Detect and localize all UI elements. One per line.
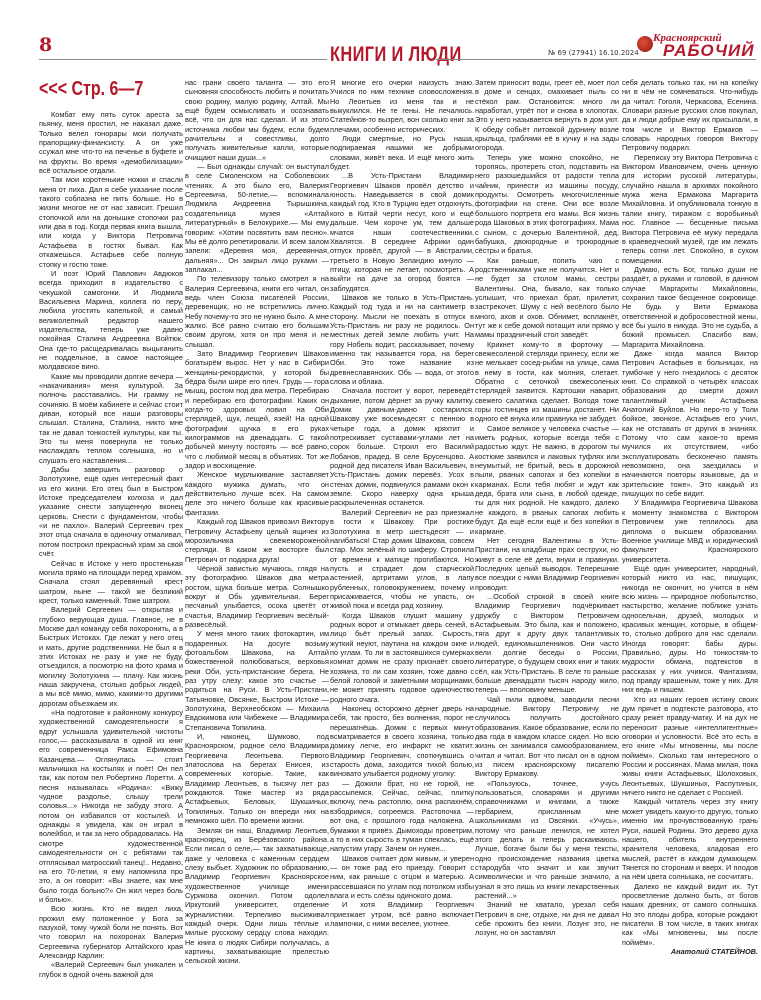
paragraph: Ещё один университет, народный, который …: [622, 564, 758, 695]
paragraph: Всю жизнь. Кто не видел лиха, прожил ему…: [39, 904, 183, 960]
paragraph: Как раньше, попить чаю с родственниками …: [475, 256, 619, 340]
section-title: КНИГИ И ЛЮДИ: [330, 43, 462, 67]
paragraph: У Владимира Георгиевича Швакова к момент…: [622, 498, 758, 563]
paragraph: Сначала постоит у ворот, переведёт дыхан…: [330, 386, 474, 507]
article-column-4: Затем приносит воды, греет её, моет пол …: [475, 78, 619, 938]
paragraph: Сейчас в Истоке у него простенькая могил…: [39, 559, 183, 606]
paragraph: Земляк он наш, Владимир Леонтьев, красно…: [185, 826, 329, 966]
article-column-3: Я многие его очерки наизусть знаю. Училс…: [330, 78, 474, 928]
paragraph: Шваков же только в Усть-Пристань. Каждый…: [330, 293, 474, 386]
page-header: 8 КНИГИ И ЛЮДИ № 69 (27941) 16.10.2024 К…: [0, 0, 761, 62]
paragraph: Я многие его очерки наизусть знаю. Училс…: [330, 78, 474, 134]
paragraph: Крикнет кому-то в форточку — свежесолено…: [475, 340, 619, 424]
paragraph: Теперь уже можно спокойно, не торопясь, …: [475, 153, 619, 256]
paragraph: «Пользуюсь, точнее, учусь пользоваться, …: [475, 779, 619, 900]
paragraph: Каждый год Шваков привозил Виктору Петро…: [185, 517, 329, 564]
paragraph: Валерий Сергеевич — открытая и глубоко в…: [39, 605, 183, 708]
paragraph: И поэт Юрий Павлович Авдюков всегда прих…: [39, 269, 183, 372]
paragraph: Когда Шваков глушит машину у родных воро…: [330, 611, 474, 704]
paragraph: И, наконец, Шумково, под Красноярском, р…: [185, 732, 329, 825]
paragraph: — Дожили брат, но не горюй, не рассыпемс…: [330, 779, 474, 854]
paragraph: Люди смертные, но Русь наша, подпираемая…: [330, 134, 474, 171]
paragraph: «Валерий Сергеевич был уникален и глубок…: [39, 960, 183, 979]
logo-bottom-text: РАБОЧИЙ: [663, 41, 755, 61]
page-number: 8: [39, 34, 52, 56]
paragraph: — Был однажды случай: он выступал в селе…: [185, 162, 329, 274]
paragraph: Далеко не каждый видит их. Тут просветле…: [622, 882, 758, 947]
paragraph: По телевизору только смотрел я на Валери…: [185, 274, 329, 349]
paragraph: Нет сегодня Валентины в Усть-Пристани, н…: [475, 536, 619, 592]
paragraph: У меня много таких фотокартин, им подаре…: [185, 629, 329, 732]
paragraph: Самое великое у человека счастье — иметь…: [475, 424, 619, 536]
paragraph: Шваков считает дом живым, и уверен — он …: [330, 854, 474, 901]
paragraph: Зато Владимир Георгиевич Шваков богатырё…: [185, 349, 329, 470]
continuation-link[interactable]: <<< Стр. 6—7: [39, 78, 143, 101]
paragraph: Затем приносит воды, греет её, моет пол …: [475, 78, 619, 153]
paragraph: Знаний не хватало, урезал себя Петрович …: [475, 900, 619, 937]
paragraph: И хотя Владимир Георгиевич приезжает утр…: [330, 900, 474, 928]
issue-info: № 69 (27941) 16.10.2024: [548, 49, 639, 57]
paragraph: ...Особой строкой в своей книге Владимир…: [475, 592, 619, 695]
paragraph: Женское мурлыкивание заставляет каждого …: [185, 470, 329, 517]
paragraph: себя делать только так, ни на копейку ни…: [622, 78, 758, 153]
newspaper-logo[interactable]: Красноярский РАБОЧИЙ: [637, 28, 757, 60]
paragraph: Наконец осторожно дёрнет дверь на себя, …: [330, 704, 474, 779]
article-column-2: нас грани своего таланта — это его сынов…: [185, 78, 329, 966]
paragraph: Кто из наших героев истину своих дум пря…: [622, 695, 758, 798]
paragraph: ...В Усть-Пристани Владимир Георгиевич Ш…: [330, 171, 474, 292]
paragraph: Даже когда маялся Виктор Петрович Астафь…: [622, 349, 758, 499]
paragraph: Думаю, есть Бог, только души не раздаёт,…: [622, 265, 758, 349]
paragraph: Какие мы проводили долгие вечера — «нака…: [39, 372, 183, 465]
paragraph: нас грани своего таланта — это его сынов…: [185, 78, 329, 162]
paragraph: Чай пили вдвоём, заводили песни народные…: [475, 695, 619, 779]
paragraph: «На подготовке к районному конкурсу худо…: [39, 708, 183, 904]
paragraph: Комбат ему пять суток ареста за пьянку, …: [39, 110, 183, 175]
paragraph: Каждый читатель через эту книгу может ув…: [622, 797, 758, 881]
article-column-5: себя делать только так, ни на копейку ни…: [622, 78, 758, 956]
author-signature: Анатолий СТАТЕЙНОВ.: [622, 947, 758, 956]
article-column-1: Комбат ему пять суток ареста за пьянку, …: [39, 110, 183, 979]
paragraph: Переписку эту Виктора Петровича с Виктор…: [622, 153, 758, 265]
paragraph: Валерий Сергеевич не раз приезжал в гост…: [330, 508, 474, 611]
header-rule-left: [39, 59, 327, 60]
paragraph: Так мои коротенькие ножки и спасли меня …: [39, 175, 183, 268]
paragraph: Дабы завершить разговор о Золотухине, ещ…: [39, 465, 183, 558]
emblem-icon: [637, 36, 653, 52]
paragraph: Чёрной завистью мучаюсь, глядя на эту фо…: [185, 564, 329, 629]
